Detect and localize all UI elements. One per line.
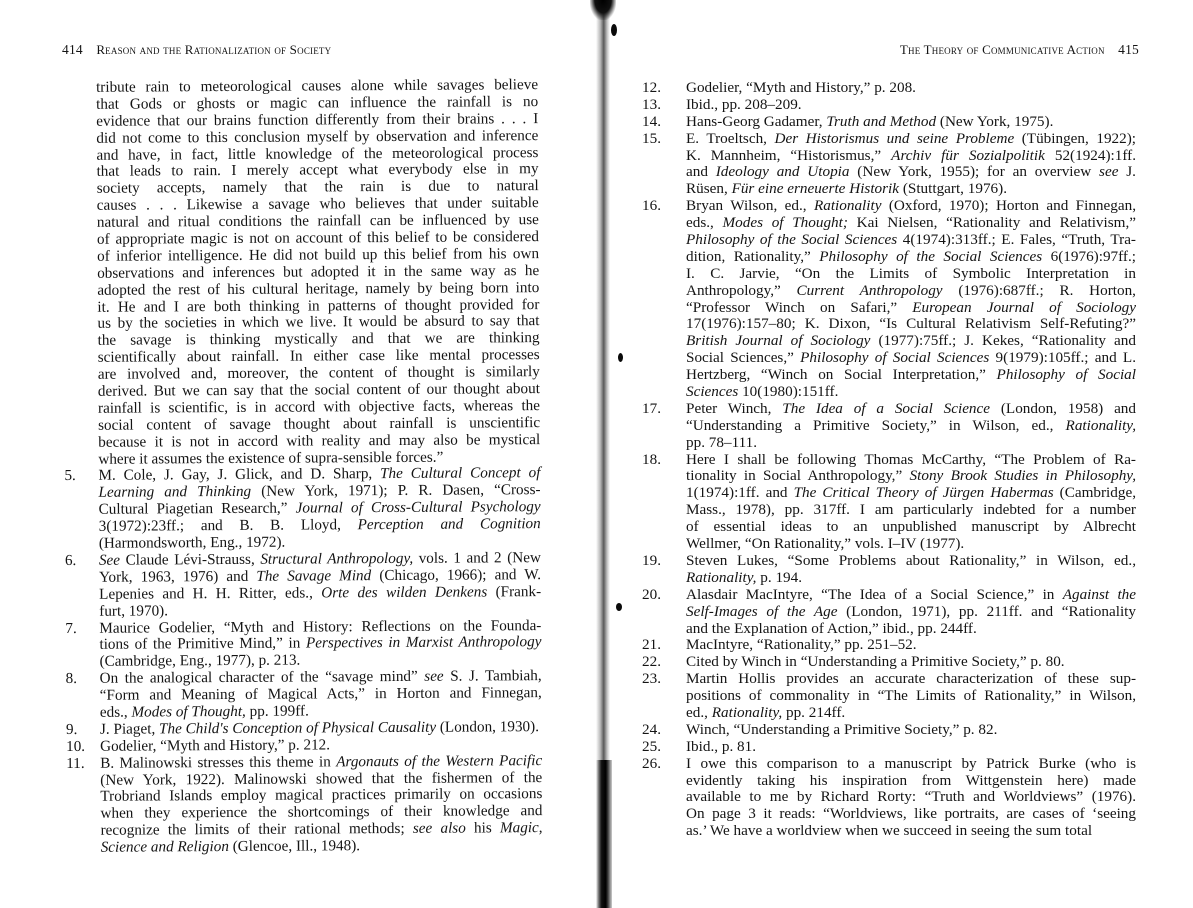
endnote-line: evidently taking his inspiration from Wi… [642, 773, 1136, 790]
endnote-number: 25. [642, 739, 678, 756]
text-run: 3(1972):23ff.; and B. B. Lloyd, [99, 516, 358, 535]
text-run: (Harmondsworth, Eng., 1972). [99, 534, 286, 552]
text-run: Social Sciences,” [686, 349, 800, 366]
italic-text: Journal of Cross-Cultural Psychology [296, 498, 541, 516]
text-run: E. Troeltsch, [686, 130, 775, 147]
text-run: York, 1963, 1976) and [99, 568, 256, 586]
endnote-line: available to me by Richard Rorty: “Truth… [642, 789, 1136, 806]
text-run: and the Explanation of Action,” ibid., p… [686, 620, 977, 637]
italic-text: Rationality, [712, 704, 782, 721]
endnote-number: 12. [642, 80, 678, 97]
text-run: Hertzberg, “Winch on Social Interpretati… [686, 366, 997, 383]
endnote-line: 12.Godelier, “Myth and History,” p. 208. [642, 80, 1136, 97]
endnote: 14.Hans-Georg Gadamer, Truth and Method … [642, 114, 1136, 131]
endnote-number: 22. [642, 654, 678, 671]
italic-text: see also [413, 820, 466, 837]
text-run: dition, Rationality,” [686, 248, 819, 265]
endnote-line: and Ideology and Utopia (New York, 1955)… [642, 164, 1136, 181]
left-running-head: 414 Reason and the Rationalization of So… [62, 42, 331, 58]
endnote-number: 19. [642, 553, 678, 570]
text-run: (Glencoe, Ill., 1948). [229, 837, 360, 855]
right-running-head: The Theory of Communicative Action 415 [900, 42, 1139, 58]
endnote-number: 11. [66, 755, 94, 772]
endnote-number: 7. [65, 620, 93, 637]
text-run: Hans-Georg Gadamer, [686, 113, 826, 130]
text-run: (New York, 1955); for an overview [849, 163, 1099, 180]
page-number-left: 414 [62, 42, 83, 57]
text-run: Steven Lukes, “Some Problems about Ratio… [686, 552, 1136, 569]
text-run: pp. 214ff. [782, 704, 845, 721]
text-run: (1976):687ff.; R. Horton, [943, 282, 1136, 299]
italic-text: Learning and Thinking [98, 483, 251, 501]
endnote-number: 14. [642, 114, 678, 131]
italic-text: Für eine erneuerte Historik [732, 180, 899, 197]
text-run: Martin Hollis provides an accurate chara… [686, 670, 1136, 687]
endnote: 15.E. Troeltsch, Der Historismus und sei… [642, 131, 1136, 199]
italic-text: British Journal of Sociology [686, 332, 870, 349]
text-run: evidently taking his inspiration from Wi… [686, 772, 1136, 789]
text-run: his [466, 820, 500, 837]
text-run: Lepenies and H. H. Ritter, eds., [99, 584, 321, 602]
text-run: Wellmer, “On Rationality,” vols. I–IV (1… [686, 535, 964, 552]
left-page-body: tribute rain to meteorological causes al… [62, 77, 543, 857]
text-run: (London, 1958) and [990, 400, 1136, 417]
text-run: recognize the limits of their rational m… [101, 820, 413, 839]
endnote: 13.Ibid., pp. 208–209. [642, 97, 1136, 114]
italic-text: Magic, [500, 819, 543, 836]
endnote-line: Rüsen, Für eine erneuerte Historik (Stut… [642, 181, 1136, 198]
endnote-line: Philosophy of the Social Sciences 4(1974… [642, 232, 1136, 249]
endnote-line: 18.Here I shall be following Thomas McCa… [642, 452, 1136, 469]
text-run: Kai Nielsen, “Rationality and Relativism… [848, 214, 1136, 231]
text-run: (New York, 1975). [936, 113, 1053, 130]
endnote-line: Science and Religion (Glencoe, Ill., 194… [67, 837, 543, 857]
endnote-line: 1(1974):1ff. and The Critical Theory of … [642, 485, 1136, 502]
text-run: Winch, “Understanding a Primitive Societ… [686, 721, 997, 738]
text-run: tionality in Social Anthropology,” [686, 467, 910, 484]
text-run: 10(1980):151ff. [738, 383, 838, 400]
endnote-number: 6. [65, 553, 93, 570]
endnote-number: 17. [642, 401, 678, 418]
text-run: (New York, 1971); P. R. Dasen, “Cross- [251, 481, 540, 500]
endnote-line: 22.Cited by Winch in “Understanding a Pr… [642, 654, 1136, 671]
endnote: 22.Cited by Winch in “Understanding a Pr… [642, 654, 1136, 671]
italic-text: Philosophy of the Social Sciences [686, 231, 897, 248]
italic-text: Philosophy of Social Sciences [800, 349, 989, 366]
endnote-line: I. C. Jarvie, “On the Limits of Symbolic… [642, 266, 1136, 283]
endnote-line: Hertzberg, “Winch on Social Interpretati… [642, 367, 1136, 384]
text-run: of essential ideas to an unpublished man… [686, 518, 1136, 535]
text-run: as.’ We have a worldview when we succeed… [686, 822, 1092, 839]
endnote-line: Mass., 1978), pp. 317ff. I am particular… [642, 502, 1136, 519]
text-run: MacIntyre, “Rationality,” pp. 251–52. [686, 636, 917, 653]
italic-text: Orte des wilden Denkens [321, 583, 487, 601]
text-run: S. J. Tambiah, [444, 667, 542, 685]
block-quote-continuation: tribute rain to meteorological causes al… [62, 77, 540, 468]
italic-text: Modes of Thought; [723, 214, 848, 231]
endnote-number: 16. [642, 198, 678, 215]
text-run: and [686, 163, 716, 180]
endnote-number: 18. [642, 452, 678, 469]
running-head-title-right: The Theory of Communicative Action [900, 42, 1105, 57]
endnote: 26.I owe this comparison to a manuscript… [642, 756, 1136, 840]
text-run: (Cambridge, [1054, 484, 1136, 501]
endnote-line: Anthropology,” Current Anthropology (197… [642, 283, 1136, 300]
endnote-line: 15.E. Troeltsch, Der Historismus und sei… [642, 131, 1136, 148]
text-run: Anthropology,” [686, 282, 797, 299]
endnote-line: and the Explanation of Action,” ibid., p… [642, 621, 1136, 638]
endnote-line: “Understanding a Primitive Society,” in … [642, 418, 1136, 435]
text-run: M. Cole, J. Gay, J. Glick, and D. Sharp, [98, 466, 380, 485]
text-run: (London, 1971), pp. 211ff. and “Rational… [837, 603, 1136, 620]
endnote-line: Self-Images of the Age (London, 1971), p… [642, 604, 1136, 621]
text-run: positions of commonality in “The Limits … [686, 687, 1136, 704]
text-run: pp. 199ff. [246, 702, 309, 719]
endnote-line: 26.I owe this comparison to a manuscript… [642, 756, 1136, 773]
italic-text: Archiv für Sozialpolitik [891, 147, 1045, 164]
endnote: 7.Maurice Godelier, “Myth and History: R… [65, 618, 541, 672]
text-run: J. Piaget, [100, 720, 159, 737]
endnote-number: 8. [66, 671, 94, 688]
text-run: available to me by Richard Rorty: “Truth… [686, 788, 1136, 805]
text-run: Rüsen, [686, 180, 732, 197]
endnote: 19.Steven Lukes, “Some Problems about Ra… [642, 553, 1136, 587]
endnote: 8.On the analogical character of the “sa… [66, 668, 542, 722]
italic-text: Perception and Cognition [358, 515, 541, 533]
endnote-number: 20. [642, 587, 678, 604]
text-run: Alasdair MacIntyre, “The Idea of a Socia… [686, 586, 1063, 603]
text-run: K. Mannheim, “Historismus,” [686, 147, 891, 164]
right-page: The Theory of Communicative Action 415 1… [610, 0, 1193, 908]
endnote-line: 23.Martin Hollis provides an accurate ch… [642, 671, 1136, 688]
endnote-line: Rationality, p. 194. [642, 570, 1136, 587]
text-run: 17(1976):157–80; K. Dixon, “Is Cultural … [686, 315, 1136, 332]
endnote: 20.Alasdair MacIntyre, “The Idea of a So… [642, 587, 1136, 638]
endnote-line: 21.MacIntyre, “Rationality,” pp. 251–52. [642, 637, 1136, 654]
endnote-line: dition, Rationality,” Philosophy of the … [642, 249, 1136, 266]
endnote: 17.Peter Winch, The Idea of a Social Sci… [642, 401, 1136, 452]
endnote-number: 15. [642, 131, 678, 148]
endnote-line: 17(1976):157–80; K. Dixon, “Is Cultural … [642, 316, 1136, 333]
italic-text: Truth and Method [826, 113, 936, 130]
italic-text: Structural Anthropology, [260, 550, 413, 568]
text-run: p. 194. [756, 569, 802, 586]
endnote-line: 13.Ibid., pp. 208–209. [642, 97, 1136, 114]
text-run: ed., [686, 704, 712, 721]
right-page-body: 12.Godelier, “Myth and History,” p. 208.… [642, 80, 1136, 840]
endnote-number: 23. [642, 671, 678, 688]
endnote-line: 17.Peter Winch, The Idea of a Social Sci… [642, 401, 1136, 418]
endnote-line: ed., Rationality, pp. 214ff. [642, 705, 1136, 722]
italic-text: The Idea of a Social Science [782, 400, 990, 417]
endnote-number: 24. [642, 722, 678, 739]
text-run: 4(1974):313ff.; E. Fales, “Truth, Tra- [897, 231, 1136, 248]
text-run: (Tübingen, 1922); [1014, 130, 1136, 147]
endnote-line: Sciences 10(1980):151ff. [642, 384, 1136, 401]
text-run: Peter Winch, [686, 400, 782, 417]
text-run: pp. 78–111. [686, 434, 757, 451]
endnote-number: 10. [66, 739, 94, 756]
text-run: 6(1976):97ff.; [1042, 248, 1136, 265]
endnote: 18.Here I shall be following Thomas McCa… [642, 452, 1136, 553]
endnotes-list-right: 12.Godelier, “Myth and History,” p. 208.… [642, 80, 1136, 840]
italic-text: Argonauts of the Western Pacific [336, 752, 542, 770]
endnote-line: On page 3 it reads: “Worldviews, like po… [642, 806, 1136, 823]
text-run: Cited by Winch in “Understanding a Primi… [686, 653, 1065, 670]
text-run: 1(1974):1ff. and [686, 484, 794, 501]
endnote-line: positions of commonality in “The Limits … [642, 688, 1136, 705]
endnote-line: of essential ideas to an unpublished man… [642, 519, 1136, 536]
text-run: 9(1979):105ff.; and L. [989, 349, 1136, 366]
text-run: “Professor Winch on Safari,” [686, 299, 912, 316]
endnote-line: tionality in Social Anthropology,” Stony… [642, 468, 1136, 485]
running-head-title-left: Reason and the Rationalization of Societ… [96, 42, 331, 57]
italic-text: Philosophy of the Social Sciences [819, 248, 1042, 265]
endnote: 12.Godelier, “Myth and History,” p. 208. [642, 80, 1136, 97]
italic-text: Der Historismus und seine Probleme [775, 130, 1015, 147]
book-spread: 414 Reason and the Rationalization of So… [0, 0, 1193, 908]
endnote-line: 19.Steven Lukes, “Some Problems about Ra… [642, 553, 1136, 570]
left-page: 414 Reason and the Rationalization of So… [0, 0, 580, 908]
endnote: 23.Martin Hollis provides an accurate ch… [642, 671, 1136, 722]
endnote: 25.Ibid., p. 81. [642, 739, 1136, 756]
endnote-line: Social Sciences,” Philosophy of Social S… [642, 350, 1136, 367]
italic-text: Science and Religion [101, 838, 229, 856]
text-run: J. [1118, 163, 1136, 180]
italic-text: Rationality [814, 197, 882, 214]
text-run: I owe this comparison to a manuscript by… [686, 755, 1136, 772]
italic-text: Philosophy of Social [997, 366, 1136, 383]
text-run: (Cambridge, Eng., 1977), p. 213. [100, 652, 301, 670]
text-run: (Frank- [487, 583, 541, 600]
text-run: B. Malinowski stresses this theme in [100, 753, 336, 771]
endnote-line: as.’ We have a worldview when we succeed… [642, 823, 1136, 840]
text-run: Claude Lévi-Strauss, [120, 551, 260, 569]
text-run: Mass., 1978), pp. 317ff. I am particular… [686, 501, 1136, 518]
endnote: 24.Winch, “Understanding a Primitive Soc… [642, 722, 1136, 739]
italic-text: Modes of Thought, [131, 703, 245, 721]
italic-text: Self-Images of the Age [686, 603, 837, 620]
italic-text: Perspectives in Marxist Anthropology [306, 633, 542, 651]
page-number-right: 415 [1118, 42, 1139, 57]
italic-text: Stony Brook Studies in Philosophy, [910, 467, 1136, 484]
text-run: (London, 1930). [436, 718, 539, 736]
endnote-line: K. Mannheim, “Historismus,” Archiv für S… [642, 148, 1136, 165]
text-run: I. C. Jarvie, “On the Limits of Symbolic… [686, 265, 1136, 282]
text-run: (Oxford, 1970); Horton and Finnegan, [881, 197, 1136, 214]
italic-text: See [99, 552, 120, 569]
endnote: 5.M. Cole, J. Gay, J. Glick, and D. Shar… [64, 466, 541, 553]
text-run: (1977):75ff.; J. Kekes, “Rationality and [870, 332, 1136, 349]
text-run: furt, 1970). [99, 602, 168, 619]
italic-text: Rationality, [686, 569, 756, 586]
endnote-line: eds., Modes of Thought; Kai Nielsen, “Ra… [642, 215, 1136, 232]
text-run: Godelier, “Myth and History,” p. 208. [686, 79, 916, 96]
text-run: Ibid., pp. 208–209. [686, 96, 802, 113]
text-run: (Stuttgart, 1976). [899, 180, 1007, 197]
text-run: (Chicago, 1966); and W. [371, 566, 541, 584]
text-run: On the analogical character of the “sava… [100, 668, 425, 687]
italic-text: European Journal of Sociology [912, 299, 1136, 316]
text-run: Bryan Wilson, ed., [686, 197, 814, 214]
italic-text: Against the [1063, 586, 1136, 603]
endnote-line: 25.Ibid., p. 81. [642, 739, 1136, 756]
text-run: On page 3 it reads: “Worldviews, like po… [686, 805, 1136, 822]
italic-text: see [1099, 163, 1118, 180]
italic-text: The Critical Theory of Jürgen Habermas [794, 484, 1054, 501]
endnote-line: British Journal of Sociology (1977):75ff… [642, 333, 1136, 350]
text-run: Godelier, “Myth and History,” p. 212. [100, 736, 330, 754]
endnote: 16.Bryan Wilson, ed., Rationality (Oxfor… [642, 198, 1136, 401]
italic-text: The Savage Mind [256, 567, 371, 585]
text-run: Here I shall be following Thomas McCarth… [686, 451, 1136, 468]
endnote-line: 16.Bryan Wilson, ed., Rationality (Oxfor… [642, 198, 1136, 215]
text-run: “Form and Meaning of Magical Acts,” in H… [100, 684, 542, 704]
italic-text: Ideology and Utopia [716, 163, 850, 180]
italic-text: The Cultural Concept of [380, 465, 540, 483]
text-run: eds., [686, 214, 723, 231]
text-run: vols. 1 and 2 (New [413, 549, 541, 567]
endnote: 11.B. Malinowski stresses this theme in … [66, 753, 543, 857]
italic-text: The Child's Conception of Physical Causa… [159, 719, 436, 738]
endnote: 6.See Claude Lévi-Strauss, Structural An… [65, 550, 541, 620]
endnote-number: 9. [66, 722, 94, 739]
text-run: Ibid., p. 81. [686, 738, 756, 755]
text-run: eds., [100, 704, 132, 721]
endnote-line: Wellmer, “On Rationality,” vols. I–IV (1… [642, 536, 1136, 553]
endnote-number: 5. [64, 468, 92, 485]
endnote-number: 21. [642, 637, 678, 654]
endnote-line: pp. 78–111. [642, 435, 1136, 452]
italic-text: see [424, 668, 444, 685]
text-run: “Understanding a Primitive Society,” in … [686, 417, 1066, 434]
endnote: 21.MacIntyre, “Rationality,” pp. 251–52. [642, 637, 1136, 654]
endnote-line: 14.Hans-Georg Gadamer, Truth and Method … [642, 114, 1136, 131]
endnote-line: 24.Winch, “Understanding a Primitive Soc… [642, 722, 1136, 739]
text-run: Cultural Piagetian Research,” [99, 500, 296, 518]
italic-text: Current Anthropology [797, 282, 943, 299]
endnotes-list-left: 5.M. Cole, J. Gay, J. Glick, and D. Shar… [64, 466, 542, 857]
italic-text: Rationality, [1066, 417, 1136, 434]
italic-text: Sciences [686, 383, 738, 400]
endnote-line: “Professor Winch on Safari,” European Jo… [642, 300, 1136, 317]
endnote-number: 13. [642, 97, 678, 114]
text-run: tions of the Primitive Mind,” in [99, 635, 306, 653]
text-run: 52(1924):1ff. [1045, 147, 1136, 164]
endnote-line: 20.Alasdair MacIntyre, “The Idea of a So… [642, 587, 1136, 604]
endnote-number: 26. [642, 756, 678, 773]
